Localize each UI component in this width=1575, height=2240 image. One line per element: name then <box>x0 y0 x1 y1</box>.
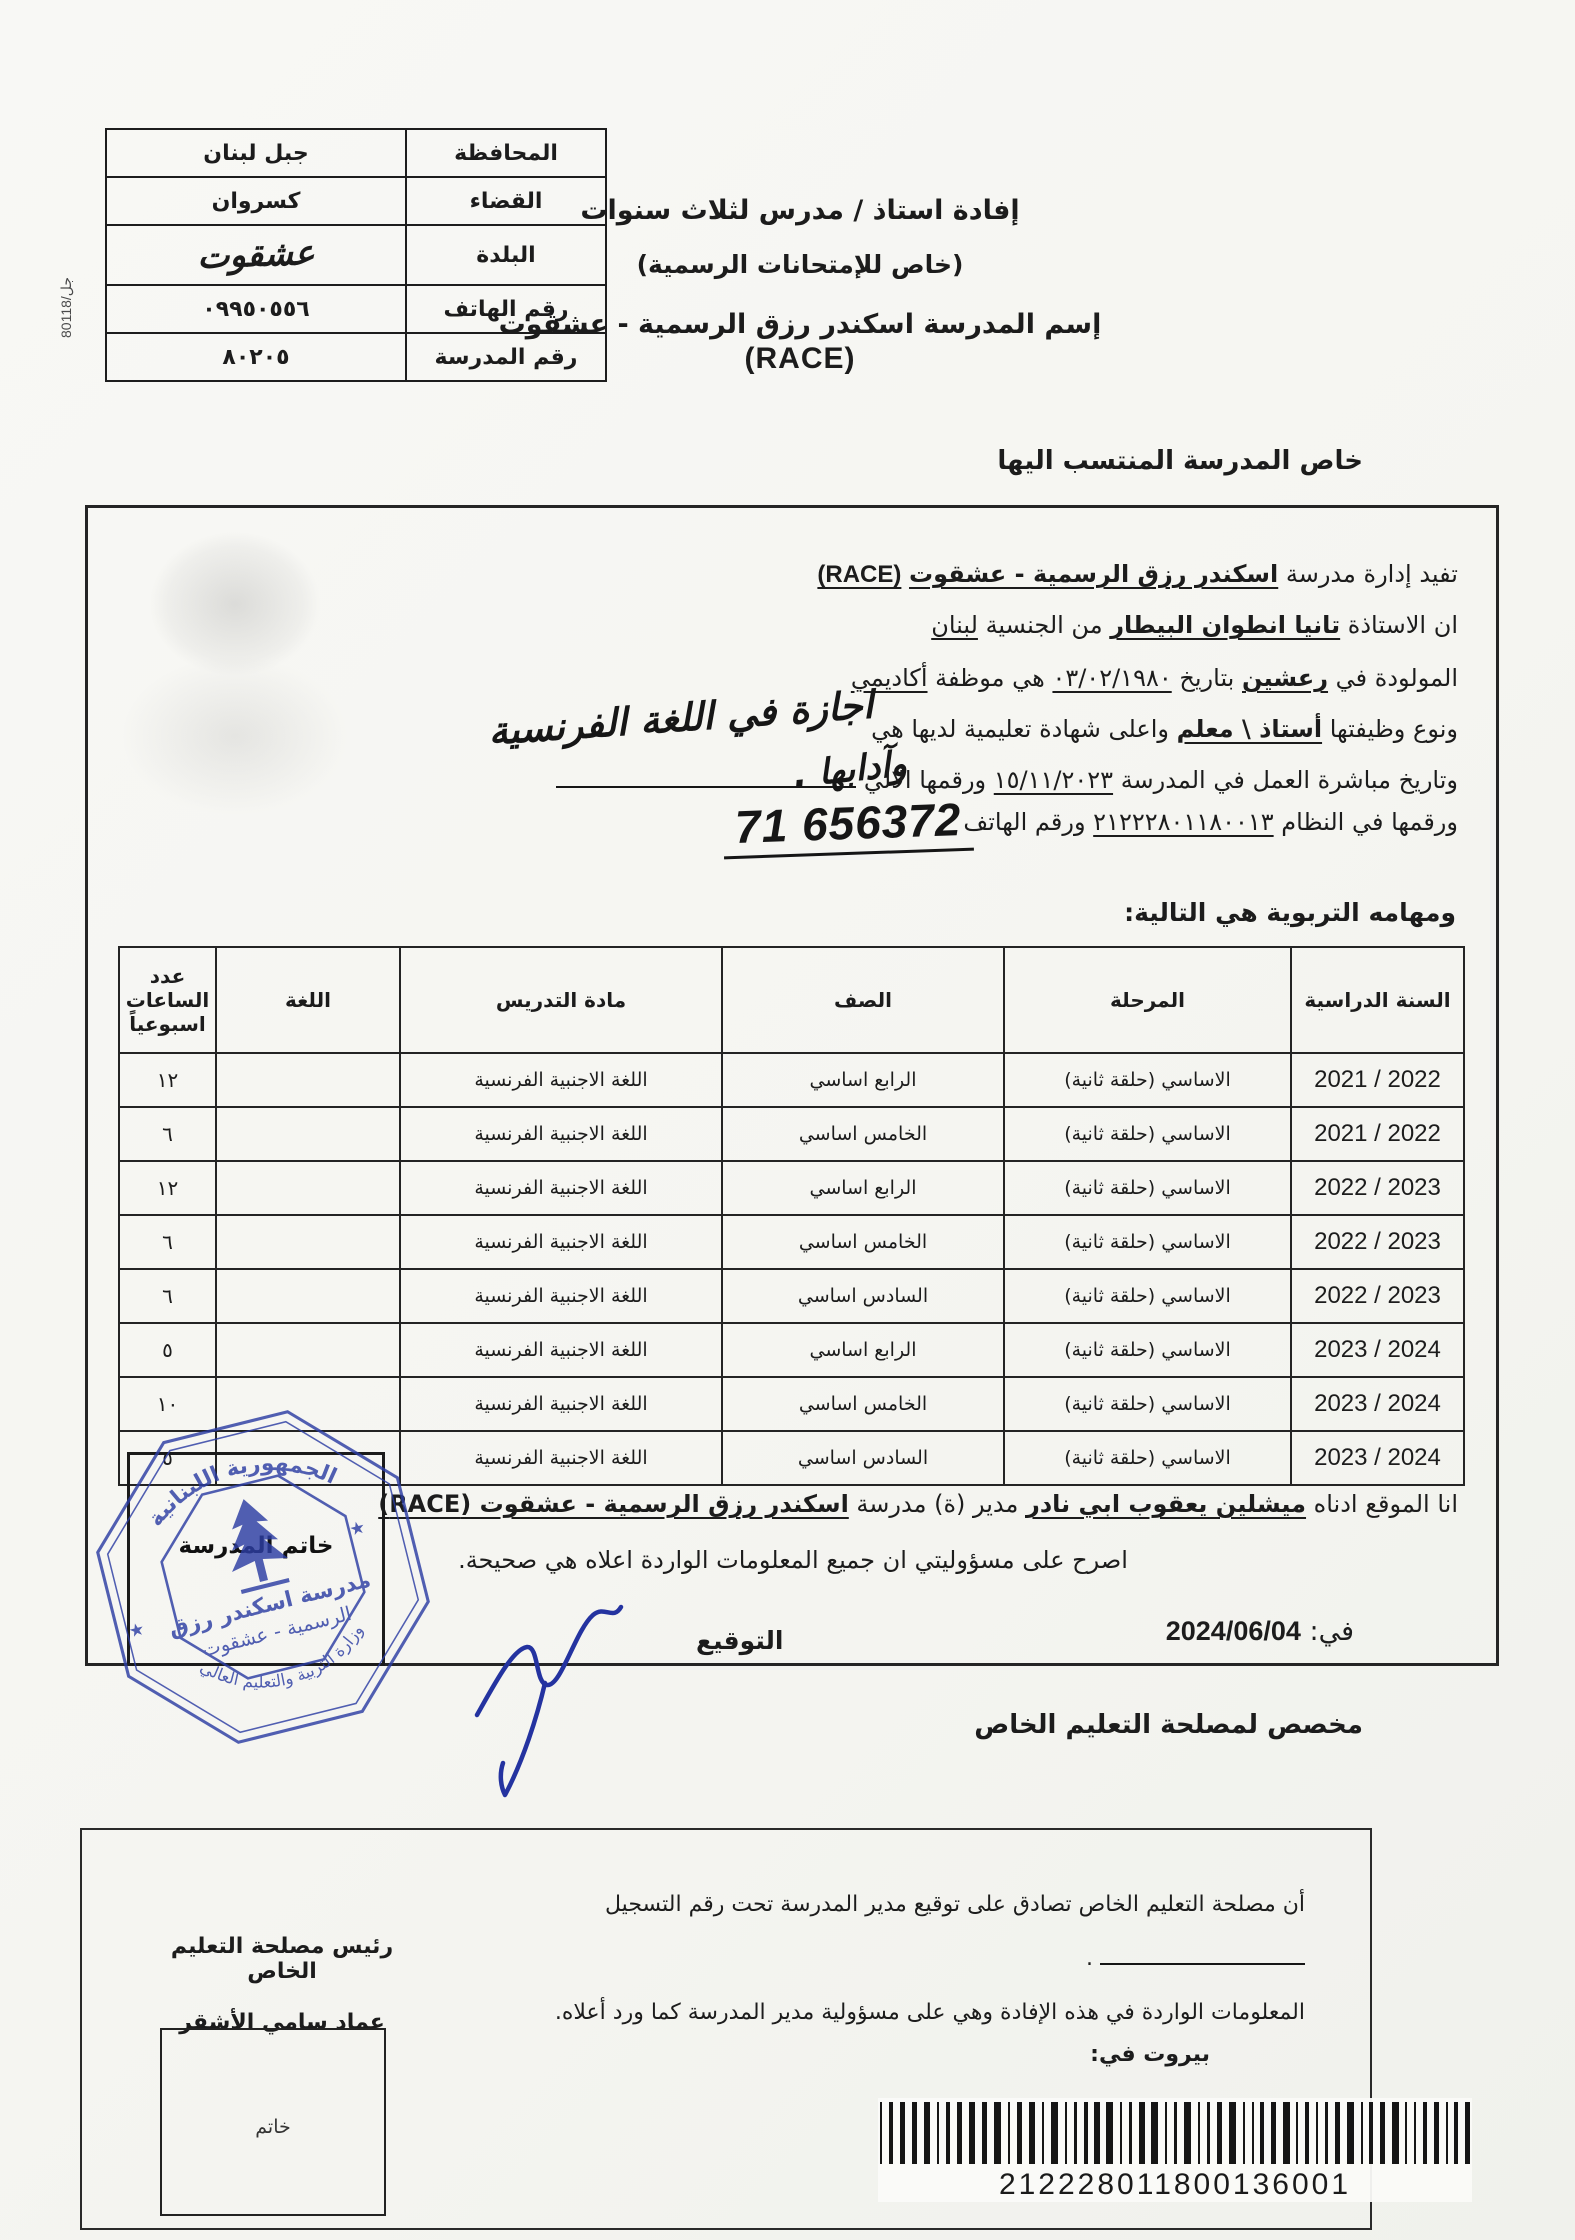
barcode-bars <box>880 2102 1470 2164</box>
district-value: كسروان <box>106 177 406 225</box>
duty-cell-subject: اللغة الاجنبية الفرنسية <box>400 1323 722 1377</box>
chief-title: رئيس مصلحة التعليم الخاص <box>137 1934 427 1984</box>
duty-cell-language <box>216 1215 400 1269</box>
chief-block: رئيس مصلحة التعليم الخاص عماد سامي الأشق… <box>137 1934 427 2035</box>
duty-cell-language <box>216 1269 400 1323</box>
phone-value: ٠٩٩٥٠٥٥٦ <box>106 285 406 333</box>
nationality: لبنان <box>931 611 978 639</box>
duty-cell-hours: ٦ <box>119 1215 216 1269</box>
director-signature-stroke <box>455 1565 665 1800</box>
duty-cell-stage: الاساسي (حلقة ثانية) <box>1004 1323 1291 1377</box>
cert-line-4-suffix: واعلى شهادة تعليمية لديها هي <box>871 715 1176 743</box>
job-type: أستاذ \ معلم <box>1177 715 1322 743</box>
automation-number-blank <box>556 782 856 788</box>
duty-cell-year: 2021 / 2022 <box>1291 1053 1464 1107</box>
private-par-text-1: أن مصلحة التعليم الخاص تصادق على توقيع م… <box>605 1892 1305 1917</box>
duty-row: 2022 / 2023الاساسي (حلقة ثانية)الرابع اس… <box>119 1161 1464 1215</box>
duty-cell-class: الخامس اساسي <box>722 1107 1004 1161</box>
duty-cell-year: 2022 / 2023 <box>1291 1161 1464 1215</box>
duty-cell-language <box>216 1323 400 1377</box>
duty-cell-subject: اللغة الاجنبية الفرنسية <box>400 1377 722 1431</box>
duty-cell-subject: اللغة الاجنبية الفرنسية <box>400 1215 722 1269</box>
private-par-line-1: أن مصلحة التعليم الخاص تصادق على توقيع م… <box>425 1878 1305 1986</box>
work-start-date: ١٥/١١/٢٠٢٣ <box>994 766 1113 794</box>
duty-row: 2022 / 2023الاساسي (حلقة ثانية)الخامس اس… <box>119 1215 1464 1269</box>
duty-cell-class: الخامس اساسي <box>722 1215 1004 1269</box>
duty-cell-hours: ١٢ <box>119 1053 216 1107</box>
duty-row: 2021 / 2022الاساسي (حلقة ثانية)الرابع اس… <box>119 1053 1464 1107</box>
cert-line-6-text: ورقمها في النظام <box>1274 808 1458 836</box>
governorate-label: المحافظة <box>406 129 606 177</box>
col-header-subject: مادة التدريس <box>400 947 722 1053</box>
system-number: ٢١٢٢٢٨٠١١٨٠٠١٣ <box>1093 808 1273 836</box>
cert-line-6-suffix: ورقم الهاتف <box>963 808 1093 836</box>
cert-school-name: اسكندر رزق الرسمية - عشقوت <box>909 560 1278 588</box>
duty-cell-year: 2023 / 2024 <box>1291 1377 1464 1431</box>
duty-cell-class: الرابع اساسي <box>722 1323 1004 1377</box>
cert-line-5-suffix: ورقمها الالي <box>856 766 993 794</box>
school-number-value: ٨٠٢٠٥ <box>106 333 406 381</box>
cert-line-3-text: المولودة في <box>1328 664 1458 692</box>
duty-cell-hours: ٥ <box>119 1323 216 1377</box>
private-section-header: مخصص لمصلحة التعليم الخاص <box>974 1710 1363 1740</box>
duty-cell-year: 2021 / 2022 <box>1291 1107 1464 1161</box>
col-header-class: الصف <box>722 947 1004 1053</box>
duty-cell-class: الخامس اساسي <box>722 1377 1004 1431</box>
star-icon: ★ <box>127 1619 147 1642</box>
duty-cell-class: السادس اساسي <box>722 1431 1004 1485</box>
duty-cell-year: 2023 / 2024 <box>1291 1431 1464 1485</box>
document-heading: إفادة استاذ / مدرس لثلاث سنوات (خاص للإم… <box>470 195 1130 376</box>
governorate-value: جبل لبنان <box>106 129 406 177</box>
doc-subtitle: (خاص للإمتحانات الرسمية) <box>470 250 1130 279</box>
duties-header-row: السنة الدراسية المرحلة الصف مادة التدريس… <box>119 947 1464 1053</box>
duties-title: ومهامه التربوية هي التالية: <box>1124 898 1456 927</box>
cert-line-5: وتاريخ مباشرة العمل في المدرسة ١٥/١١/٢٠٢… <box>118 766 1458 794</box>
info-row: المحافظة جبل لبنان <box>106 129 606 177</box>
cert-line-1: تفيد إدارة مدرسة اسكندر رزق الرسمية - عش… <box>118 560 1458 589</box>
official-stamp: الجمهورية اللبنانية وزارة التربية والتعل… <box>88 1398 438 1756</box>
duty-cell-class: السادس اساسي <box>722 1269 1004 1323</box>
town-value-handwritten: عشقوت <box>105 220 407 290</box>
duty-cell-stage: الاساسي (حلقة ثانية) <box>1004 1431 1291 1485</box>
duty-cell-stage: الاساسي (حلقة ثانية) <box>1004 1215 1291 1269</box>
duty-cell-year: 2022 / 2023 <box>1291 1215 1464 1269</box>
school-name-line: إسم المدرسة اسكندر رزق الرسمية - عشقوت <box>470 309 1130 340</box>
school-acronym: (RACE) <box>470 342 1130 376</box>
col-header-year: السنة الدراسية <box>1291 947 1464 1053</box>
duty-cell-hours: ٦ <box>119 1269 216 1323</box>
cert-line-2: ان الاستاذة تانيا انطوان البيطار من الجن… <box>118 611 1458 639</box>
duty-cell-subject: اللغة الاجنبية الفرنسية <box>400 1161 722 1215</box>
duty-cell-hours: ١٢ <box>119 1161 216 1215</box>
duty-cell-year: 2022 / 2023 <box>1291 1269 1464 1323</box>
teacher-name: تانيا انطوان البيطار <box>1110 611 1340 639</box>
cert-school-acronym: (RACE) <box>817 561 901 588</box>
duty-cell-hours: ٦ <box>119 1107 216 1161</box>
duty-cell-subject: اللغة الاجنبية الفرنسية <box>400 1269 722 1323</box>
private-par-period: . <box>1086 1946 1093 1971</box>
duty-cell-class: الرابع اساسي <box>722 1161 1004 1215</box>
duty-cell-stage: الاساسي (حلقة ثانية) <box>1004 1053 1291 1107</box>
date-value: 2024/06/04 <box>1166 1616 1301 1646</box>
birthplace: رعشين <box>1242 664 1328 692</box>
date-label: في: <box>1309 1616 1354 1647</box>
duty-row: 2023 / 2024الاساسي (حلقة ثانية)الرابع اس… <box>119 1323 1464 1377</box>
cert-line-3-suffix: هي موظفة <box>928 664 1053 692</box>
cert-line-2-text: ان الاستاذة <box>1340 611 1458 639</box>
doc-title: إفادة استاذ / مدرس لثلاث سنوات <box>470 195 1130 226</box>
duty-row: 2022 / 2023الاساسي (حلقة ثانية)السادس اس… <box>119 1269 1464 1323</box>
beirut-date-label: بيروت في: <box>1090 2042 1210 2067</box>
birth-date: ٠٣/٠٢/١٩٨٠ <box>1052 664 1171 692</box>
cert-line-4-text: ونوع وظيفتها <box>1322 715 1458 743</box>
col-header-hours: عدد الساعات اسبوعياً <box>119 947 216 1053</box>
cert-line-5-text: وتاريخ مباشرة العمل في المدرسة <box>1113 766 1458 794</box>
seal-placeholder-label: خاتم <box>162 2116 384 2138</box>
declaration-text-1: انا الموقع ادناه <box>1306 1490 1458 1518</box>
duty-cell-year: 2023 / 2024 <box>1291 1323 1464 1377</box>
signature-label: التوقيع <box>696 1626 784 1655</box>
private-par-line-2: المعلومات الواردة في هذه الإفادة وهي على… <box>425 1986 1305 2040</box>
scan-side-code: 80118/جل <box>58 277 75 338</box>
barcode: 212228011800136001 <box>878 2098 1472 2202</box>
duty-cell-subject: اللغة الاجنبية الفرنسية <box>400 1431 722 1485</box>
duty-cell-stage: الاساسي (حلقة ثانية) <box>1004 1377 1291 1431</box>
barcode-number: 212228011800136001 <box>880 2168 1470 2202</box>
private-paragraph: أن مصلحة التعليم الخاص تصادق على توقيع م… <box>425 1878 1305 2040</box>
section-label-school: خاص المدرسة المنتسب اليها <box>997 446 1363 476</box>
registration-number-blank <box>1100 1959 1305 1965</box>
date-line: في: 2024/06/04 <box>1166 1616 1354 1647</box>
cert-line-2-mid: من الجنسية <box>978 611 1110 639</box>
duty-cell-stage: الاساسي (حلقة ثانية) <box>1004 1269 1291 1323</box>
declaration-text-mid: مدير (ة) مدرسة <box>849 1490 1026 1518</box>
scanned-certificate-page: 80118/جل المحافظة جبل لبنان القضاء كسروا… <box>0 0 1575 2240</box>
phone-handwritten: 71 656372 <box>722 792 974 860</box>
cert-line-3-mid: بتاريخ <box>1172 664 1242 692</box>
cert-line-1-text: تفيد إدارة مدرسة <box>1278 560 1458 588</box>
col-header-language: اللغة <box>216 947 400 1053</box>
duty-cell-class: الرابع اساسي <box>722 1053 1004 1107</box>
duty-cell-language <box>216 1053 400 1107</box>
duty-cell-subject: اللغة الاجنبية الفرنسية <box>400 1107 722 1161</box>
cedar-tree-icon <box>216 1492 294 1595</box>
duty-cell-stage: الاساسي (حلقة ثانية) <box>1004 1107 1291 1161</box>
duty-row: 2021 / 2022الاساسي (حلقة ثانية)الخامس اس… <box>119 1107 1464 1161</box>
director-name: ميشلين يعقوب ابي نادر <box>1026 1490 1306 1518</box>
duty-cell-language <box>216 1107 400 1161</box>
official-seal-placeholder-box: خاتم <box>160 2028 386 2216</box>
col-header-stage: المرحلة <box>1004 947 1291 1053</box>
star-icon: ★ <box>348 1518 368 1541</box>
duty-cell-subject: اللغة الاجنبية الفرنسية <box>400 1053 722 1107</box>
duty-cell-stage: الاساسي (حلقة ثانية) <box>1004 1161 1291 1215</box>
declaration-school-name: اسكندر رزق الرسمية - عشقوت (RACE) <box>378 1490 849 1518</box>
duty-cell-language <box>216 1161 400 1215</box>
